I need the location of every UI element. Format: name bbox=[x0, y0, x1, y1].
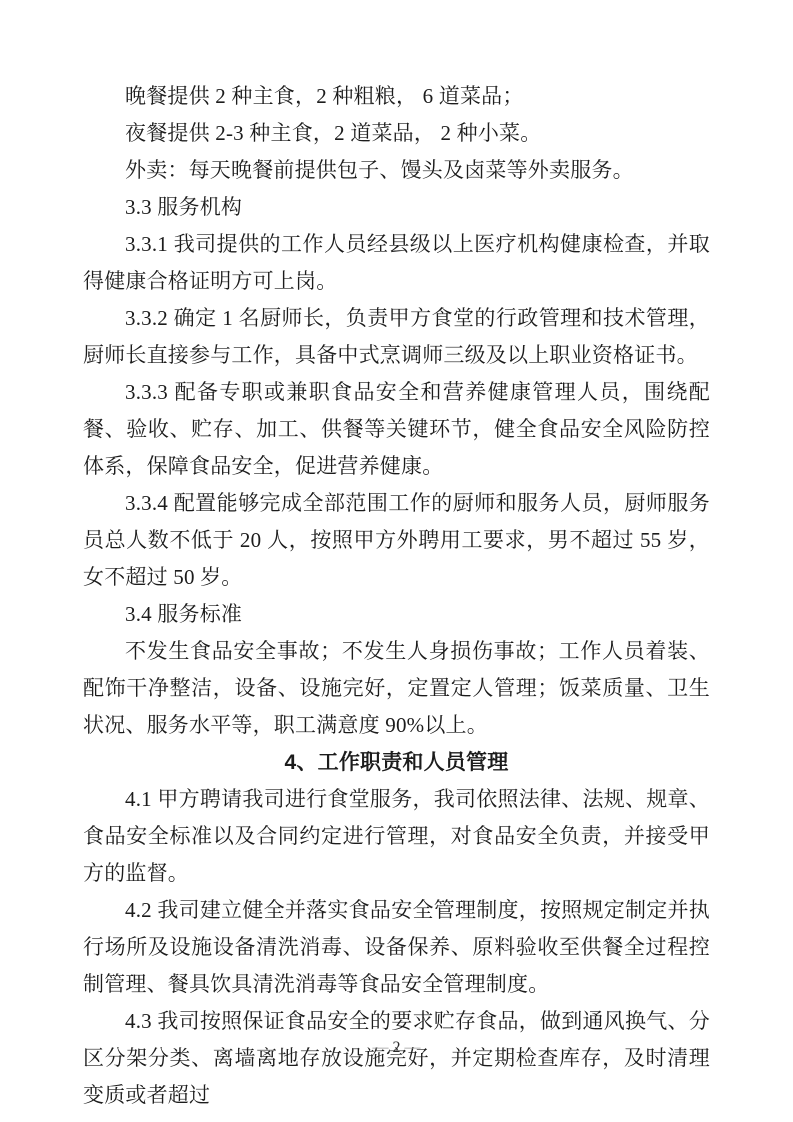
paragraph-4-2: 4.2 我司建立健全并落实食品安全管理制度，按照规定制定并执行场所及设施设备清洗… bbox=[83, 892, 710, 1003]
heading-3-4-service-standard: 3.4 服务标准 bbox=[83, 596, 710, 633]
paragraph-3-3-3: 3.3.3 配备专职或兼职食品安全和营养健康管理人员，围绕配餐、验收、贮存、加工… bbox=[83, 374, 710, 485]
paragraph-night-meal: 夜餐提供 2-3 种主食，2 道菜品， 2 种小菜。 bbox=[83, 115, 710, 152]
paragraph-service-standard: 不发生食品安全事故；不发生人身损伤事故；工作人员着装、配饰干净整洁，设备、设施完… bbox=[83, 633, 710, 744]
paragraph-3-3-1: 3.3.1 我司提供的工作人员经县级以上医疗机构健康检查，并取得健康合格证明方可… bbox=[83, 226, 710, 300]
paragraph-3-3-4: 3.3.4 配置能够完成全部范围工作的厨师和服务人员，厨师服务员总人数不低于 2… bbox=[83, 485, 710, 596]
heading-4-duties-and-personnel: 4、工作职责和人员管理 bbox=[83, 744, 710, 781]
paragraph-takeout: 外卖：每天晚餐前提供包子、馒头及卤菜等外卖服务。 bbox=[83, 152, 710, 189]
page-footer: —2— bbox=[0, 1036, 793, 1060]
document-page: 晚餐提供 2 种主食，2 种粗粮， 6 道菜品； 夜餐提供 2-3 种主食，2 … bbox=[0, 0, 793, 1122]
paragraph-dinner-offer: 晚餐提供 2 种主食，2 种粗粮， 6 道菜品； bbox=[83, 78, 710, 115]
page-number: 2 bbox=[389, 1039, 405, 1056]
paragraph-3-3-2: 3.3.2 确定 1 名厨师长，负责甲方食堂的行政管理和技术管理，厨师长直接参与… bbox=[83, 300, 710, 374]
footer-dash-right: — bbox=[405, 1039, 421, 1056]
heading-3-3-service-organization: 3.3 服务机构 bbox=[83, 189, 710, 226]
paragraph-4-1: 4.1 甲方聘请我司进行食堂服务，我司依照法律、法规、规章、食品安全标准以及合同… bbox=[83, 781, 710, 892]
footer-dash-left: — bbox=[373, 1039, 389, 1056]
document-body: 晚餐提供 2 种主食，2 种粗粮， 6 道菜品； 夜餐提供 2-3 种主食，2 … bbox=[83, 78, 710, 1114]
